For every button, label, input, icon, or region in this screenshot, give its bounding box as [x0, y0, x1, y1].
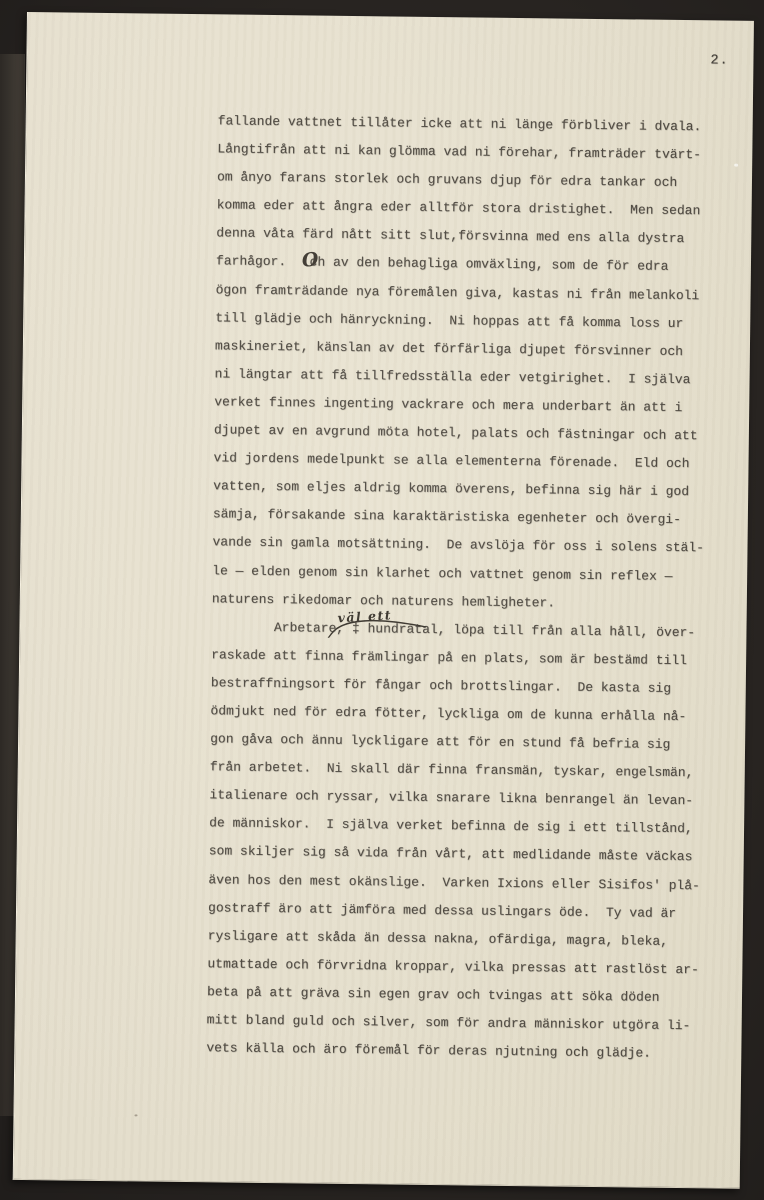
typed-text-block: fallande vattnet tillåter icke att ni lä…: [206, 107, 743, 1069]
handwritten-insertion: väl ett: [327, 603, 437, 638]
typed-segment: farhågor.: [216, 254, 302, 270]
handwritten-letter-o: O: [301, 252, 310, 272]
document-page: 2. fallande vattnet tillåter icke att ni…: [13, 12, 754, 1189]
typed-lines: fallande vattnet tillåter icke att ni lä…: [206, 107, 743, 1069]
scan-background: 2. fallande vattnet tillåter icke att ni…: [0, 0, 764, 1200]
insertion-arc-line: [327, 614, 431, 639]
page-number: 2.: [710, 53, 728, 68]
typed-segment: ch av den behagliga omväxling, som de fö…: [309, 255, 668, 274]
paper-speck: [135, 1114, 138, 1116]
